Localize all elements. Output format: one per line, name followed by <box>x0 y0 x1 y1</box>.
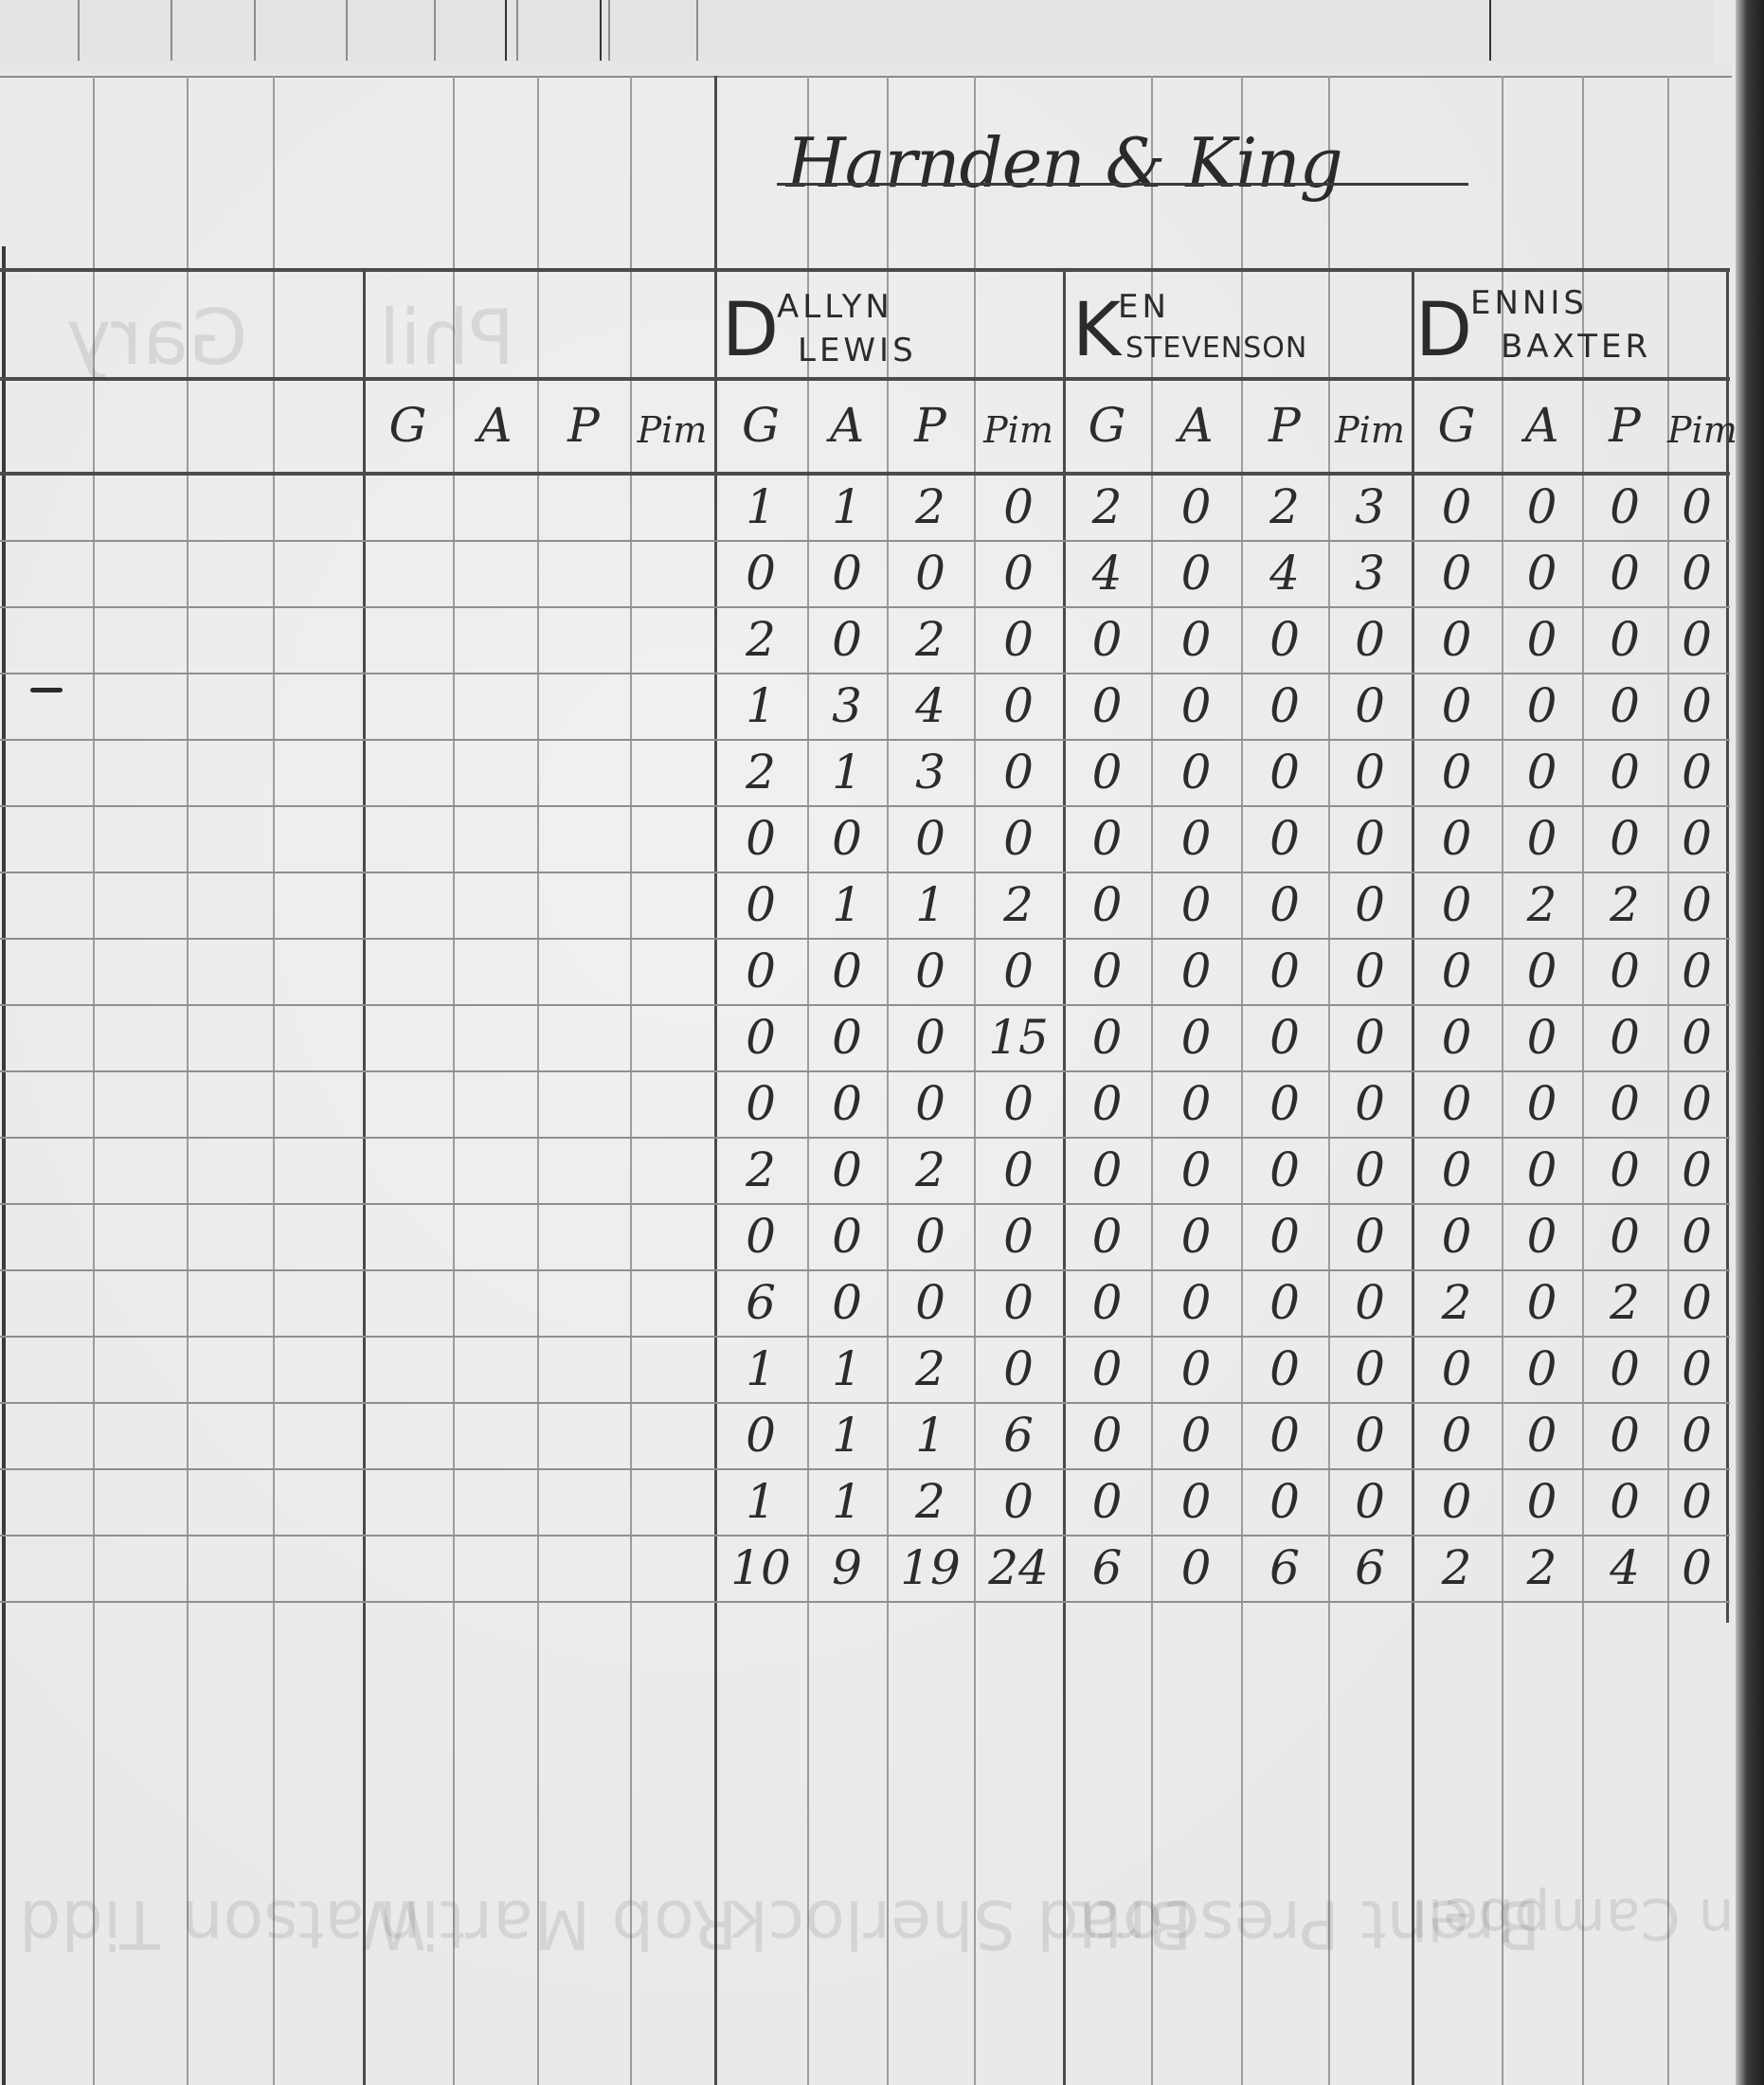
grid-line <box>346 0 348 61</box>
stat-cell: 0 <box>1412 673 1502 739</box>
stat-cell: 0 <box>1063 1004 1151 1070</box>
stat-cell: 0 <box>1582 739 1667 805</box>
stat-cell: 0 <box>1667 872 1726 938</box>
stat-cell: 0 <box>974 1336 1063 1402</box>
stat-cell: 0 <box>1502 805 1582 872</box>
stat-cell: 0 <box>1502 1269 1582 1336</box>
player-name-ken-stevenson: K EN STEVENSON <box>1072 284 1413 379</box>
stat-cell: 0 <box>974 1203 1063 1269</box>
column-header: P <box>1582 398 1667 453</box>
stat-cell: 0 <box>1063 673 1151 739</box>
stat-cell: 0 <box>1582 938 1667 1004</box>
stat-cell: 1 <box>807 872 887 938</box>
column-header: A <box>453 398 537 453</box>
stat-cell: 0 <box>1502 673 1582 739</box>
stat-cell: 0 <box>1063 1468 1151 1535</box>
total-cell: 0 <box>1667 1535 1726 1601</box>
column-header: P <box>537 398 630 453</box>
player-initial: D <box>1415 294 1472 368</box>
stat-cell: 0 <box>1582 1468 1667 1535</box>
stat-cell: 0 <box>1328 1402 1412 1468</box>
total-cell: 2 <box>1412 1535 1502 1601</box>
stat-cell: 0 <box>974 673 1063 739</box>
stat-cell: 2 <box>887 606 974 673</box>
player-first-name: ALLYN <box>777 288 893 326</box>
stat-cell: 0 <box>1241 1070 1328 1137</box>
stat-cell: 2 <box>1582 872 1667 938</box>
stat-cell: 0 <box>1667 606 1726 673</box>
stat-cell: 0 <box>1412 872 1502 938</box>
stat-cell: 0 <box>1241 1402 1328 1468</box>
stat-cell: 0 <box>1063 739 1151 805</box>
stat-cell: 0 <box>1241 872 1328 938</box>
stat-cell: 0 <box>1667 739 1726 805</box>
stat-cell: 0 <box>1582 673 1667 739</box>
stat-cell: 0 <box>1151 739 1241 805</box>
total-cell: 19 <box>887 1535 974 1601</box>
stat-cell: 0 <box>1667 1468 1726 1535</box>
stat-cell: 0 <box>1412 938 1502 1004</box>
grid-line <box>434 0 436 61</box>
stat-cell: 0 <box>1241 739 1328 805</box>
player-first-name: ENNIS <box>1470 284 1588 322</box>
stat-cell: 0 <box>1151 1004 1241 1070</box>
column-header: A <box>1151 398 1241 453</box>
stat-cell: 0 <box>1412 474 1502 540</box>
stat-cell: 2 <box>887 474 974 540</box>
page-rim <box>0 63 1732 78</box>
stat-cell: 0 <box>1667 1137 1726 1203</box>
stat-cell: 0 <box>807 805 887 872</box>
stat-cell: 0 <box>1667 1269 1726 1336</box>
stat-cell: 0 <box>714 1004 807 1070</box>
stat-cell: 6 <box>714 1269 807 1336</box>
stat-cell: 0 <box>1582 606 1667 673</box>
stat-cell: 0 <box>1241 1336 1328 1402</box>
stat-cell: 2 <box>714 606 807 673</box>
stat-cell: 0 <box>1412 739 1502 805</box>
stat-cell: 0 <box>1063 1402 1151 1468</box>
stat-cell: 0 <box>807 540 887 606</box>
player-initial: K <box>1072 294 1121 368</box>
stat-cell: 0 <box>1667 540 1726 606</box>
stat-cell: 0 <box>1412 1402 1502 1468</box>
stat-cell: 2 <box>1502 872 1582 938</box>
column-header: Pim <box>1328 409 1412 451</box>
stat-cell: 1 <box>714 474 807 540</box>
stat-cell: 3 <box>1328 474 1412 540</box>
stat-cell: 0 <box>1328 805 1412 872</box>
stat-cell: 1 <box>807 1402 887 1468</box>
stat-cell: 0 <box>1502 739 1582 805</box>
stat-cell: 0 <box>1502 474 1582 540</box>
stat-cell: 0 <box>887 540 974 606</box>
stat-cell: 0 <box>1412 1203 1502 1269</box>
stat-cell: 2 <box>887 1137 974 1203</box>
stat-cell: 0 <box>714 1402 807 1468</box>
team-title: Harnden & King <box>786 123 1449 218</box>
stat-cell: 0 <box>1328 1004 1412 1070</box>
ghost-name: Bryan Campbell <box>1412 1885 1764 1951</box>
grid-line <box>254 0 256 61</box>
stat-cell: 0 <box>807 1203 887 1269</box>
stat-cell: 0 <box>1667 1203 1726 1269</box>
stat-cell: 0 <box>714 1203 807 1269</box>
ghost-text: Gary <box>66 294 247 382</box>
player-last-name: BAXTER <box>1501 328 1651 366</box>
player-name-dennis-baxter: D ENNIS BAXTER <box>1415 284 1728 379</box>
stat-cell: 1 <box>714 1336 807 1402</box>
stat-cell: 0 <box>1412 1004 1502 1070</box>
stat-cell: 0 <box>807 1070 887 1137</box>
stat-cell: 2 <box>714 739 807 805</box>
total-cell: 9 <box>807 1535 887 1601</box>
stat-cell: 0 <box>1582 540 1667 606</box>
ghost-text: Phil <box>379 294 514 382</box>
grid-line <box>78 0 80 61</box>
stat-cell: 0 <box>974 1070 1063 1137</box>
stat-cell: 0 <box>1151 1070 1241 1137</box>
stat-cell: 0 <box>1063 938 1151 1004</box>
stat-cell: 0 <box>1412 1137 1502 1203</box>
stat-cell: 0 <box>1241 673 1328 739</box>
stat-cell: 0 <box>1412 540 1502 606</box>
stat-cell: 0 <box>1582 1004 1667 1070</box>
stat-cell: 0 <box>1151 1468 1241 1535</box>
stat-cell: 0 <box>1667 1070 1726 1137</box>
stat-cell: 0 <box>974 938 1063 1004</box>
column-header: G <box>363 398 453 453</box>
stat-cell: 0 <box>807 1004 887 1070</box>
column-header: Pim <box>630 409 714 451</box>
stat-cell: 3 <box>807 673 887 739</box>
stat-cell: 0 <box>1151 1203 1241 1269</box>
stat-cell: 0 <box>887 1203 974 1269</box>
header-top-line <box>0 268 1730 272</box>
stat-cell: 2 <box>1412 1269 1502 1336</box>
pencil-mark <box>30 688 63 692</box>
stat-cell: 0 <box>974 606 1063 673</box>
stat-cell: 1 <box>714 673 807 739</box>
stat-cell: 0 <box>1412 1336 1502 1402</box>
stat-cell: 0 <box>1241 1203 1328 1269</box>
title-underline <box>777 183 1468 186</box>
stat-cell: 0 <box>1502 1137 1582 1203</box>
stat-cell: 0 <box>807 938 887 1004</box>
stat-cell: 0 <box>1328 606 1412 673</box>
stat-cell: 0 <box>1151 1336 1241 1402</box>
stat-cell: 4 <box>1241 540 1328 606</box>
stat-cell: 0 <box>1063 606 1151 673</box>
stat-cell: 0 <box>887 1269 974 1336</box>
total-cell: 6 <box>1063 1535 1151 1601</box>
ghost-name: Rob Martin <box>379 1885 737 1963</box>
stat-cell: 0 <box>1412 805 1502 872</box>
stat-cell: 0 <box>1063 1336 1151 1402</box>
previous-page-strip <box>0 0 1715 64</box>
stat-cell: 0 <box>1412 606 1502 673</box>
stat-cell: 0 <box>1502 1468 1582 1535</box>
stat-cell: 0 <box>887 938 974 1004</box>
total-cell: 6 <box>1241 1535 1328 1601</box>
total-cell: 24 <box>974 1535 1063 1601</box>
stat-cell: 0 <box>887 805 974 872</box>
stat-cell: 0 <box>1502 1070 1582 1137</box>
stat-cell: 0 <box>1151 938 1241 1004</box>
stat-cell: 0 <box>1502 1203 1582 1269</box>
stat-cell: 0 <box>1582 1203 1667 1269</box>
stat-cell: 0 <box>1063 872 1151 938</box>
stat-cell: 3 <box>1328 540 1412 606</box>
grid-line <box>608 0 610 61</box>
stat-cell: 0 <box>714 938 807 1004</box>
stat-cell: 0 <box>974 540 1063 606</box>
scoresheet-page: Harnden & King D ALLYN LEWIS K EN STEVEN… <box>0 0 1736 2085</box>
stat-cell: 0 <box>1582 474 1667 540</box>
stat-cell: 6 <box>974 1402 1063 1468</box>
stat-cell: 0 <box>714 872 807 938</box>
grid-line <box>505 0 507 61</box>
stat-cell: 1 <box>714 1468 807 1535</box>
column-header: A <box>1502 398 1582 453</box>
stat-cell: 0 <box>974 1468 1063 1535</box>
stat-cell: 0 <box>1151 540 1241 606</box>
stat-cell: 3 <box>887 739 974 805</box>
stat-cell: 1 <box>887 872 974 938</box>
stat-cell: 1 <box>807 1336 887 1402</box>
stat-cell: 0 <box>1063 1137 1151 1203</box>
total-cell: 0 <box>1151 1535 1241 1601</box>
stat-cell: 0 <box>1241 1468 1328 1535</box>
stat-cell: 0 <box>1241 1004 1328 1070</box>
stat-cell: 0 <box>1063 1203 1151 1269</box>
stat-cell: 0 <box>1328 739 1412 805</box>
stat-cell: 2 <box>1241 474 1328 540</box>
stat-cell: 0 <box>1502 606 1582 673</box>
stat-cell: 0 <box>1412 1070 1502 1137</box>
stat-cell: 0 <box>1241 606 1328 673</box>
stat-cell: 0 <box>1151 805 1241 872</box>
column-header: P <box>1241 398 1328 453</box>
stat-cell: 2 <box>714 1137 807 1203</box>
stat-cell: 1 <box>807 739 887 805</box>
stat-cell: 2 <box>1063 474 1151 540</box>
stat-cell: 0 <box>714 805 807 872</box>
stat-cell: 0 <box>1151 1402 1241 1468</box>
column-header: G <box>1412 398 1502 453</box>
stat-cell: 0 <box>1502 1004 1582 1070</box>
player-name-dallyn-lewis: D ALLYN LEWIS <box>722 284 1063 379</box>
stat-cell: 0 <box>974 1137 1063 1203</box>
stat-cell: 1 <box>807 1468 887 1535</box>
stat-cell: 0 <box>887 1070 974 1137</box>
grid-line <box>171 0 172 61</box>
stat-cell: 0 <box>714 540 807 606</box>
stat-cell: 0 <box>1667 1004 1726 1070</box>
stat-cell: 0 <box>1582 1070 1667 1137</box>
ghost-name: Watson Tidd <box>19 1885 426 1963</box>
stat-cell: 0 <box>1063 1269 1151 1336</box>
column-header: A <box>807 398 887 453</box>
stat-cell: 0 <box>1328 1269 1412 1336</box>
stat-cell: 1 <box>807 474 887 540</box>
stat-cell: 0 <box>1328 1137 1412 1203</box>
stat-cell: 0 <box>1328 1070 1412 1137</box>
player-last-name: LEWIS <box>798 332 917 369</box>
player-first-name: EN <box>1118 288 1170 326</box>
stat-cell: 1 <box>887 1402 974 1468</box>
stat-cell: 4 <box>1063 540 1151 606</box>
grid-line <box>600 0 602 61</box>
stat-cell: 0 <box>1667 1402 1726 1468</box>
stat-cell: 2 <box>887 1468 974 1535</box>
stat-cell: 0 <box>1151 606 1241 673</box>
stat-cell: 0 <box>1582 1402 1667 1468</box>
stat-cell: 0 <box>1151 673 1241 739</box>
left-border-line <box>2 246 6 2085</box>
stat-cell: 0 <box>1328 1468 1412 1535</box>
stat-cell: 2 <box>1582 1269 1667 1336</box>
stat-cell: 0 <box>1582 805 1667 872</box>
stat-cell: 0 <box>1241 805 1328 872</box>
stat-cell: 2 <box>974 872 1063 938</box>
stat-cell: 2 <box>887 1336 974 1402</box>
stat-cell: 0 <box>1502 1402 1582 1468</box>
stat-cell: 0 <box>887 1004 974 1070</box>
stat-cell: 0 <box>1151 1137 1241 1203</box>
stat-cell: 0 <box>1667 805 1726 872</box>
player-initial: D <box>722 294 779 368</box>
stat-cell: 0 <box>1502 1336 1582 1402</box>
stat-cell: 0 <box>974 805 1063 872</box>
stat-cell: 0 <box>1063 805 1151 872</box>
binding-shadow <box>1736 0 1764 2085</box>
grid-line <box>696 0 698 61</box>
total-cell: 6 <box>1328 1535 1412 1601</box>
player-last-name: STEVENSON <box>1125 332 1307 365</box>
stat-cell: 4 <box>887 673 974 739</box>
stat-cell: 0 <box>807 606 887 673</box>
stat-cell: 0 <box>974 739 1063 805</box>
stat-cell: 0 <box>1328 872 1412 938</box>
column-header: P <box>887 398 974 453</box>
stat-cell: 0 <box>1328 673 1412 739</box>
stat-cell: 0 <box>1667 474 1726 540</box>
stat-cell: 0 <box>1241 938 1328 1004</box>
column-header: Pim <box>974 409 1063 451</box>
stat-cell: 0 <box>1151 872 1241 938</box>
stat-cell: 0 <box>1667 938 1726 1004</box>
stat-cell: 0 <box>807 1137 887 1203</box>
stat-cell: 0 <box>714 1070 807 1137</box>
column-header: G <box>714 398 807 453</box>
stat-cell: 0 <box>1667 1336 1726 1402</box>
stat-cell: 0 <box>1412 1468 1502 1535</box>
stat-cell: 0 <box>1241 1269 1328 1336</box>
stat-cell: 0 <box>1063 1070 1151 1137</box>
stat-cell: 15 <box>974 1004 1063 1070</box>
total-cell: 2 <box>1502 1535 1582 1601</box>
stat-cell: 0 <box>1502 540 1582 606</box>
column-header: Pim <box>1667 409 1726 451</box>
stat-cell: 0 <box>1582 1336 1667 1402</box>
column-header: G <box>1063 398 1151 453</box>
stat-cell: 0 <box>1328 1203 1412 1269</box>
stat-cell: 0 <box>1328 938 1412 1004</box>
row-line <box>0 1601 1730 1603</box>
stat-cell: 0 <box>1151 1269 1241 1336</box>
total-cell: 4 <box>1582 1535 1667 1601</box>
grid-line <box>1489 0 1491 61</box>
stat-cell: 0 <box>1151 474 1241 540</box>
stat-cell: 0 <box>1502 938 1582 1004</box>
stat-cell: 0 <box>974 474 1063 540</box>
stat-cell: 0 <box>1328 1336 1412 1402</box>
stat-cell: 0 <box>807 1269 887 1336</box>
total-cell: 10 <box>714 1535 807 1601</box>
grid-line <box>516 0 518 61</box>
stat-cell: 0 <box>1667 673 1726 739</box>
stat-cell: 0 <box>1582 1137 1667 1203</box>
stat-cell: 0 <box>1241 1137 1328 1203</box>
stat-cell: 0 <box>974 1269 1063 1336</box>
